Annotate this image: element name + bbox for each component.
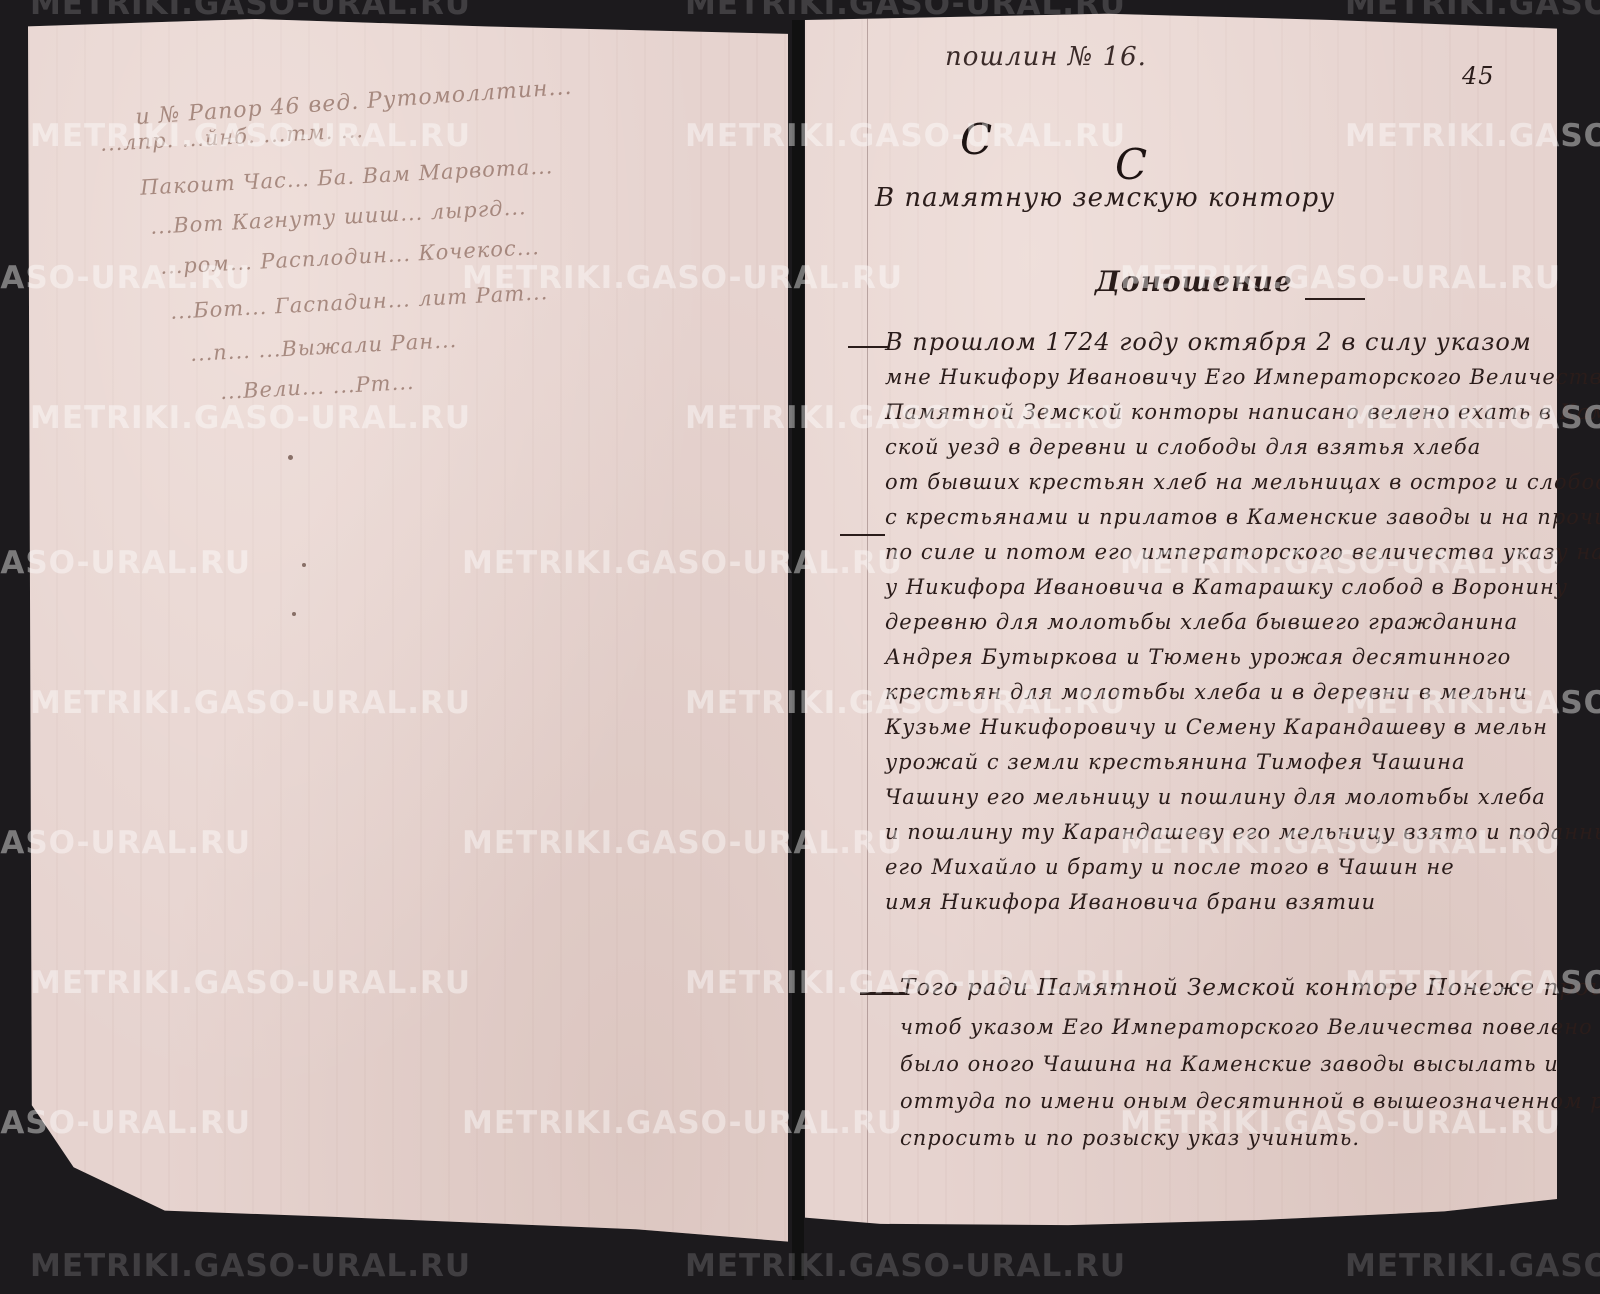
text-line: мне Никифору Ивановичу Его Императорског… xyxy=(885,365,1600,389)
text-line: Андрея Бутыркова и Тюмень урожая десятин… xyxy=(885,645,1511,669)
document-heading: Доношение xyxy=(1095,265,1293,298)
watermark: METRIKI.GASO-URAL.RU xyxy=(30,1248,471,1284)
text-line: Памятной Земской конторы написано велено… xyxy=(885,400,1600,424)
ink-spot xyxy=(302,563,306,567)
watermark: METRIKI.GASO-URAL.RU xyxy=(1345,0,1600,22)
page-fold xyxy=(867,10,868,1255)
text-line: чтоб указом Его Императорского Величеств… xyxy=(900,1015,1593,1039)
paragraph-mark xyxy=(860,992,905,995)
watermark: METRIKI.GASO-URAL.RU xyxy=(685,1248,1126,1284)
text-line: Того ради Памятной Земской конторе Понеж… xyxy=(900,975,1600,1001)
header-note: пошлин № 16. xyxy=(945,42,1147,72)
text-line: ской уезд в деревни и слободы для взятья… xyxy=(885,435,1481,459)
text-line: с крестьянами и прилатов в Каменские зав… xyxy=(885,505,1600,529)
folio-number: 45 xyxy=(1462,62,1495,90)
watermark: METRIKI.GASO-URAL.RU xyxy=(30,0,471,22)
text-line: и пошлину ту Карандашеву его мельницу вз… xyxy=(885,820,1600,844)
text-line: по силе и потом его императорского велич… xyxy=(885,540,1600,564)
text-line: от бывших крестьян хлеб на мельницах в о… xyxy=(885,470,1600,494)
text-line: было оного Чашина на Каменские заводы вы… xyxy=(900,1052,1559,1076)
ink-spot xyxy=(292,612,296,616)
margin-mark xyxy=(840,534,885,536)
title-mark: С xyxy=(1115,140,1147,189)
text-line: В прошлом 1724 году октября 2 в силу ука… xyxy=(885,328,1532,356)
ink-spot xyxy=(288,455,293,460)
left-page xyxy=(28,14,788,1254)
text-line: у Никифора Ивановича в Катарашку слобод … xyxy=(885,575,1568,599)
text-line: крестьян для молотьбы хлеба и в деревни … xyxy=(885,680,1528,704)
text-line: урожай с земли крестьянина Тимофея Чашин… xyxy=(885,750,1466,774)
addressee: В памятную земскую контору xyxy=(875,183,1335,213)
text-line: Кузьме Никифоровичу и Семену Карандашеву… xyxy=(885,715,1548,739)
paragraph-mark xyxy=(848,346,888,348)
text-line: спросить и по розыску указ учинить. xyxy=(900,1126,1360,1150)
text-line: его Михайло и брату и после того в Чашин… xyxy=(885,855,1455,879)
text-line: Чашину его мельницу и пошлину для молоть… xyxy=(885,785,1546,809)
book-spine xyxy=(792,20,804,1280)
text-line: деревню для молотьбы хлеба бывшего гражд… xyxy=(885,610,1518,634)
title-mark: С xyxy=(960,115,992,164)
text-line: имя Никифора Ивановича брани взятии xyxy=(885,890,1376,914)
text-line: оттуда по имени оным десятинной в вышеоз… xyxy=(900,1089,1600,1113)
flourish xyxy=(1305,298,1365,300)
watermark: METRIKI.GASO-URAL.RU xyxy=(1345,1248,1600,1284)
